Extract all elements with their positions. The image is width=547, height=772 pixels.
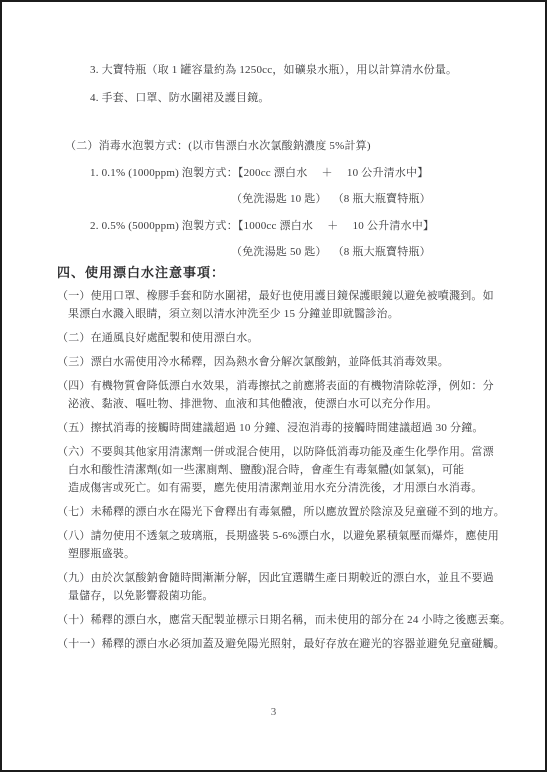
precaution-item-1: （一）使用口罩、橡膠手套和防水圍裙，最好也使用護目鏡保護眼鏡以避免被噴濺到。如 … bbox=[2, 287, 545, 323]
precaution-item-8: （八）請勿使用不透氣之玻璃瓶，長期盛裝 5-6%漂白水，以避免累積氣壓而爆炸，應… bbox=[2, 527, 545, 563]
mix-instruction-2-note: （免洗湯匙 50 匙） （8 瓶大瓶寶特瓶） bbox=[2, 243, 545, 261]
precaution-item-2: （二）在通風良好處配製和使用漂白水。 bbox=[2, 329, 545, 347]
precaution-item-5: （五）擦拭消毒的接觸時間建議超過 10 分鐘、浸泡消毒的接觸時間建議超過 30 … bbox=[2, 419, 545, 437]
mix-instruction-2: 2. 0.5% (5000ppm) 泡製方式：【1000cc 漂白水 ＋ 10 … bbox=[2, 217, 545, 235]
supply-list-item-3: 3. 大寶特瓶（取 1 罐容量約為 1250cc，如礦泉水瓶），用以計算清水份量… bbox=[2, 61, 545, 79]
precaution-item-11: （十一）稀釋的漂白水必須加蓋及避免陽光照射，最好存放在避光的容器並避免兒童碰觸。 bbox=[2, 635, 545, 653]
mix-instruction-1: 1. 0.1% (1000ppm) 泡製方式：【200cc 漂白水 ＋ 10 公… bbox=[2, 164, 545, 182]
section-heading-bleach-precautions: 四、使用漂白水注意事項： bbox=[2, 264, 545, 282]
precaution-item-7: （七）未稀釋的漂白水在陽光下會釋出有毒氣體，所以應放置於陰涼及兒童碰不到的地方。 bbox=[2, 503, 545, 521]
document-page: 3. 大寶特瓶（取 1 罐容量約為 1250cc，如礦泉水瓶），用以計算清水份量… bbox=[0, 0, 547, 772]
precaution-item-3: （三）漂白水需使用冷水稀釋，因為熱水會分解次氯酸鈉，並降低其消毒效果。 bbox=[2, 353, 545, 371]
section-heading-disinfectant-mixing: （二）消毒水泡製方式：(以市售漂白水次氯酸鈉濃度 5%計算) bbox=[2, 137, 545, 155]
document-content: 3. 大寶特瓶（取 1 罐容量約為 1250cc，如礦泉水瓶），用以計算清水份量… bbox=[2, 2, 545, 653]
precaution-item-9: （九）由於次氯酸鈉會隨時間漸漸分解，因此宜選購生產日期較近的漂白水，並且不要過 … bbox=[2, 569, 545, 605]
supply-list-item-4: 4. 手套、口罩、防水圍裙及護目鏡。 bbox=[2, 89, 545, 107]
precaution-item-4: （四）有機物質會降低漂白水效果，消毒擦拭之前應將表面的有機物清除乾淨，例如：分 … bbox=[2, 377, 545, 413]
page-number: 3 bbox=[2, 706, 545, 718]
mix-instruction-1-note: （免洗湯匙 10 匙） （8 瓶大瓶寶特瓶） bbox=[2, 190, 545, 208]
precaution-item-10: （十）稀釋的漂白水，應當天配製並標示日期名稱，而未使用的部分在 24 小時之後應… bbox=[2, 611, 545, 629]
precaution-item-6: （六）不要與其他家用清潔劑一併或混合使用，以防降低消毒功能及產生化學作用。當漂 … bbox=[2, 443, 545, 497]
